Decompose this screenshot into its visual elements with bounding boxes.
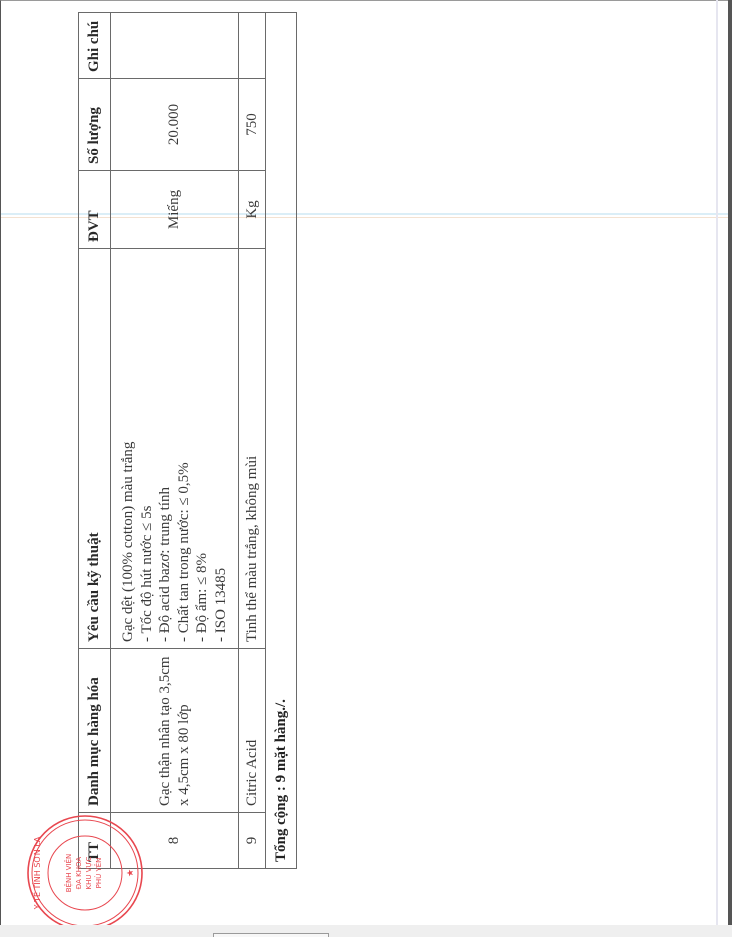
table-row: 9 Citric Acid Tinh thể màu trắng, không …	[239, 13, 266, 869]
spec-line: - Tốc độ hút nước ≤ 5s	[138, 255, 157, 642]
cell-qty: 20.000	[111, 79, 239, 171]
cell-note	[239, 13, 266, 79]
cell-unit: Miếng	[111, 171, 239, 249]
spec-line: - ISO 13485	[212, 255, 231, 642]
header-unit: ĐVT	[79, 171, 111, 249]
goods-table: TT Danh mục hàng hóa Yêu cầu kỹ thuật ĐV…	[78, 12, 297, 869]
horizontal-scrollbar-thumb[interactable]	[213, 933, 329, 937]
cell-tt: 9	[239, 813, 266, 869]
stamp-line: BỆNH VIỆN	[64, 854, 73, 892]
cell-qty: 750	[239, 79, 266, 171]
header-name: Danh mục hàng hóa	[79, 649, 111, 813]
table-row: 8 Gạc thận nhân tạo 3,5cm x 4,5cm x 80 l…	[111, 13, 239, 869]
total-row: Tổng cộng : 9 mặt hàng./.	[266, 13, 297, 869]
stamp-outer-text: Y TẾ TỈNH SƠN LA	[31, 836, 42, 910]
cell-note	[111, 13, 239, 79]
table-header-row: TT Danh mục hàng hóa Yêu cầu kỹ thuật ĐV…	[79, 13, 111, 869]
cell-name: Citric Acid	[239, 649, 266, 813]
cell-unit: Kg	[239, 171, 266, 249]
rotated-page: TT Danh mục hàng hóa Yêu cầu kỹ thuật ĐV…	[78, 13, 299, 869]
spec-line: - Độ acid bazơ: trung tính	[156, 255, 175, 642]
stamp-line: KHU VỰC	[85, 856, 93, 889]
stamp-line: PHÙ YÊN	[94, 858, 103, 889]
header-spec: Yêu cầu kỹ thuật	[79, 249, 111, 649]
horizontal-scrollbar-track[interactable]	[0, 925, 732, 937]
cell-spec: Gạc dệt (100% cotton) màu trắng - Tốc độ…	[111, 249, 239, 649]
svg-text:★: ★	[126, 869, 136, 877]
spec-line: Gạc dệt (100% cotton) màu trắng	[119, 255, 138, 642]
header-qty: Số lượng	[79, 79, 111, 171]
header-note: Ghi chú	[79, 13, 111, 79]
total-text: Tổng cộng : 9 mặt hàng./.	[266, 13, 297, 869]
document-viewer: TT Danh mục hàng hóa Yêu cầu kỹ thuật ĐV…	[0, 0, 732, 925]
stamp-line: ĐA KHOA	[75, 857, 83, 890]
spec-line: - Độ ẩm: ≤ 8%	[193, 255, 212, 642]
cell-spec: Tinh thể màu trắng, không mùi	[239, 249, 266, 649]
official-stamp-icon: BỆNH VIỆN ĐA KHOA KHU VỰC PHÙ YÊN Y TẾ T…	[23, 813, 147, 925]
cell-name: Gạc thận nhân tạo 3,5cm x 4,5cm x 80 lớp	[111, 649, 239, 813]
spec-line: - Chất tan trong nước: ≤ 0,5%	[175, 255, 194, 642]
viewer-border	[728, 0, 732, 925]
page-edge	[716, 0, 718, 925]
